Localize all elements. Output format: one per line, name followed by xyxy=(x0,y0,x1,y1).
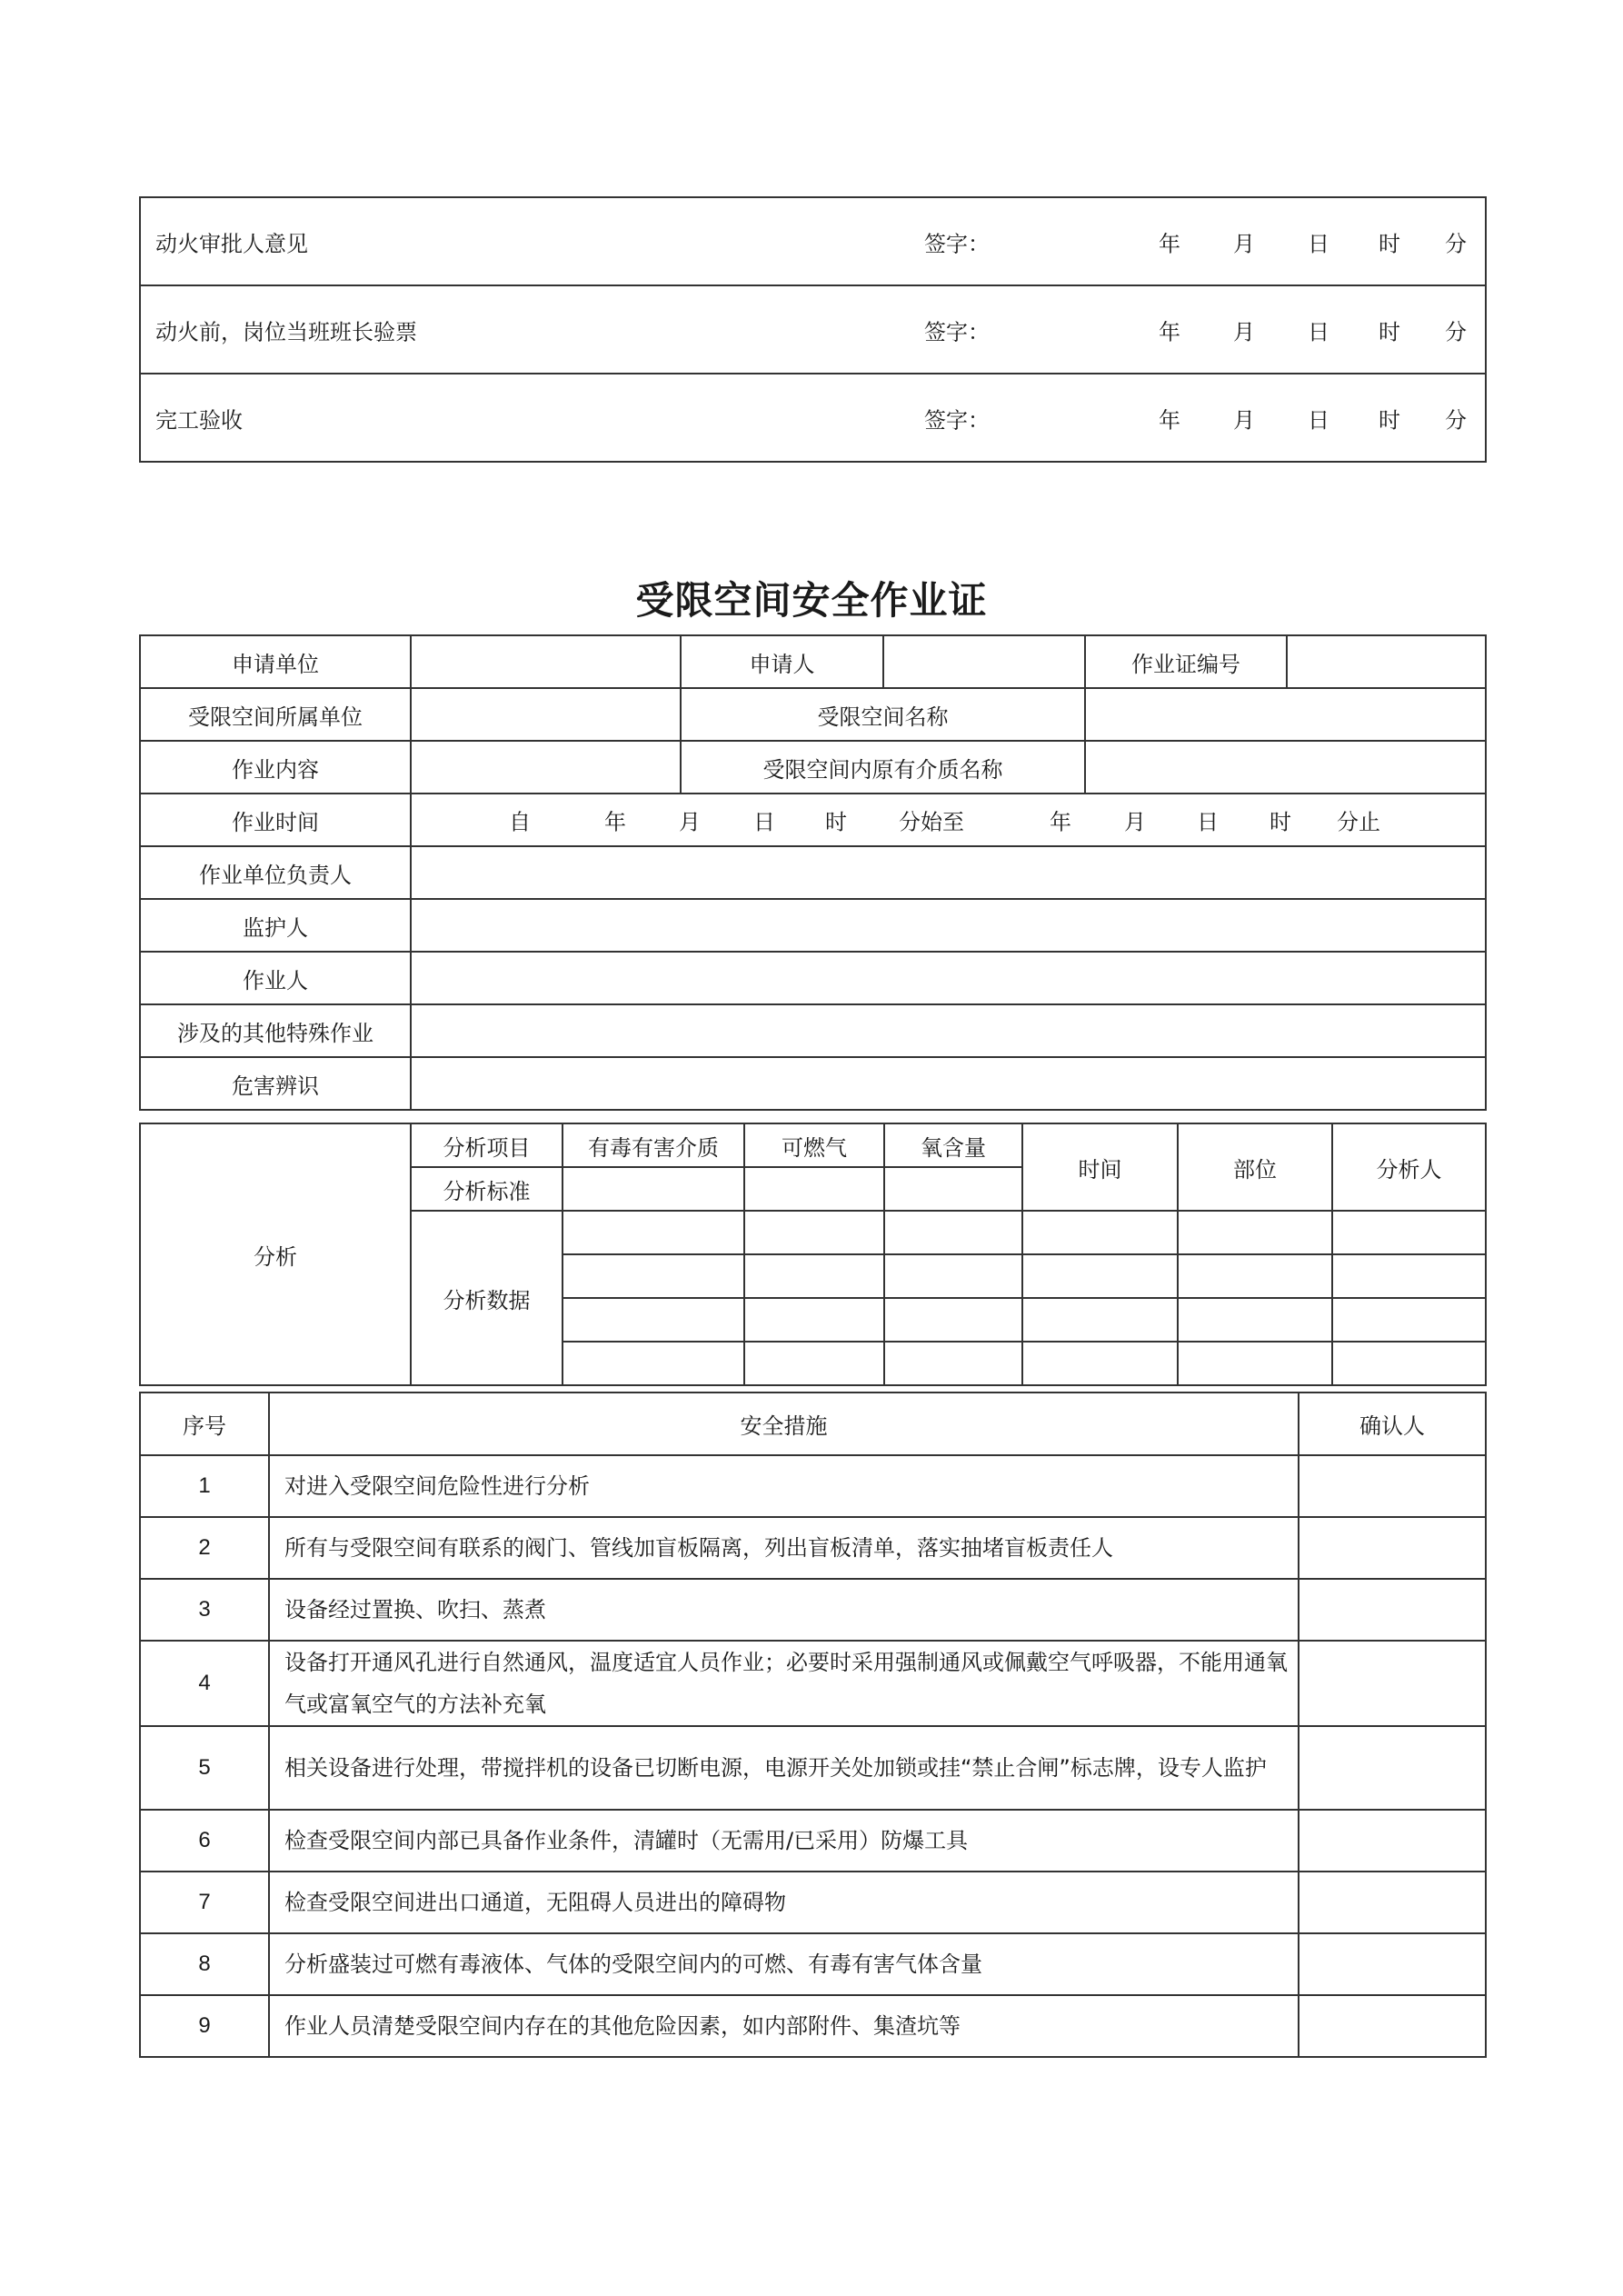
time-month-end: 月 xyxy=(1124,804,1146,836)
measure-row: 8 分析盛装过可燃有毒液体、气体的受限空间内的可燃、有毒有害气体含量 xyxy=(140,1933,1486,1995)
measure-seq: 6 xyxy=(140,1810,269,1872)
measure-text: 设备经过置换、吹扫、蒸煮 xyxy=(269,1579,1299,1641)
combustible-gas-header: 可燃气 xyxy=(744,1123,884,1167)
permit-row-worker: 作业人 xyxy=(140,952,1486,1004)
month-label: 月 xyxy=(1233,402,1255,434)
measure-text: 作业人员清楚受限空间内存在的其他危险因素，如内部附件、集渣坑等 xyxy=(269,1995,1299,2057)
minute-label: 分 xyxy=(1445,314,1467,345)
time-year-start: 年 xyxy=(604,804,626,836)
minute-label: 分 xyxy=(1445,402,1467,434)
permit-row-hazard: 危害辨识 xyxy=(140,1057,1486,1110)
day-label: 日 xyxy=(1308,314,1329,345)
oxygen-content-header: 氧含量 xyxy=(884,1123,1022,1167)
minute-label: 分 xyxy=(1445,225,1467,257)
measure-row: 3 设备经过置换、吹扫、蒸煮 xyxy=(140,1579,1486,1641)
permit-no-label: 作业证编号 xyxy=(1085,635,1287,688)
year-label: 年 xyxy=(1159,225,1180,257)
data-cell[interactable] xyxy=(1332,1254,1486,1298)
signature-label: 签字： xyxy=(924,225,990,257)
confirmer-field[interactable] xyxy=(1299,1933,1486,1995)
measure-row: 4 设备打开通风孔进行自然通风，温度适宜人员作业；必要时采用强制通风或佩戴空气呼… xyxy=(140,1641,1486,1726)
measure-seq: 5 xyxy=(140,1726,269,1810)
measure-row: 5 相关设备进行处理，带搅拌机的设备已切断电源，电源开关处加锁或挂“禁止合闸”标… xyxy=(140,1726,1486,1810)
measure-seq: 8 xyxy=(140,1933,269,1995)
confirmer-field[interactable] xyxy=(1299,1995,1486,2057)
medium-label: 受限空间内原有介质名称 xyxy=(681,741,1085,794)
data-cell[interactable] xyxy=(1178,1298,1332,1342)
analysis-data-label: 分析数据 xyxy=(411,1211,563,1385)
permit-row-supervisor-unit: 作业单位负责人 xyxy=(140,846,1486,899)
hazard-label: 危害辨识 xyxy=(140,1057,411,1110)
data-cell[interactable] xyxy=(1022,1298,1178,1342)
measure-text: 检查受限空间进出口通道，无阻碍人员进出的障碍物 xyxy=(269,1872,1299,1933)
signoff-label: 完工验收 xyxy=(155,402,243,434)
standard-toxic-field[interactable] xyxy=(563,1167,744,1211)
guardian-field[interactable] xyxy=(411,899,1486,952)
measure-text: 所有与受限空间有联系的阀门、管线加盲板隔离，列出盲板清单，落实抽堵盲板责任人 xyxy=(269,1517,1299,1579)
measure-header: 安全措施 xyxy=(269,1393,1299,1455)
signoff-row-approver: 动火审批人意见 签字： 年 月 日 时 分 xyxy=(140,197,1486,285)
data-cell[interactable] xyxy=(884,1298,1022,1342)
analyst-header: 分析人 xyxy=(1332,1123,1486,1211)
space-name-field[interactable] xyxy=(1085,688,1486,741)
data-cell[interactable] xyxy=(563,1342,744,1385)
permit-no-field[interactable] xyxy=(1287,635,1486,688)
measure-text: 相关设备进行处理，带搅拌机的设备已切断电源，电源开关处加锁或挂“禁止合闸”标志牌… xyxy=(269,1726,1299,1810)
space-name-label: 受限空间名称 xyxy=(681,688,1085,741)
other-work-field[interactable] xyxy=(411,1004,1486,1057)
permit-row-applicant: 申请单位 申请人 作业证编号 xyxy=(140,635,1486,688)
permit-row-other-work: 涉及的其他特殊作业 xyxy=(140,1004,1486,1057)
hour-label: 时 xyxy=(1379,402,1400,434)
time-day-end: 日 xyxy=(1197,804,1219,836)
analysis-time-header: 时间 xyxy=(1022,1123,1178,1211)
data-cell[interactable] xyxy=(1022,1211,1178,1254)
data-cell[interactable] xyxy=(1332,1211,1486,1254)
other-work-label: 涉及的其他特殊作业 xyxy=(140,1004,411,1057)
measure-text: 分析盛装过可燃有毒液体、气体的受限空间内的可燃、有毒有害气体含量 xyxy=(269,1933,1299,1995)
confirmer-field[interactable] xyxy=(1299,1810,1486,1872)
data-cell[interactable] xyxy=(1178,1211,1332,1254)
document-page: 动火审批人意见 签字： 年 月 日 时 分 动火前，岗位当班班长验票 签字： 年… xyxy=(0,0,1623,2296)
analysis-row-items: 分析 分析项目 有毒有害介质 可燃气 氧含量 时间 部位 分析人 xyxy=(140,1123,1486,1167)
signoff-row-shift-leader: 动火前，岗位当班班长验票 签字： 年 月 日 时 分 xyxy=(140,285,1486,374)
time-hour-end: 时 xyxy=(1270,804,1291,836)
analysis-table: 分析 分析项目 有毒有害介质 可燃气 氧含量 时间 部位 分析人 分析标准 分析… xyxy=(139,1123,1487,1386)
confirmer-field[interactable] xyxy=(1299,1872,1486,1933)
space-owner-label: 受限空间所属单位 xyxy=(140,688,411,741)
data-cell[interactable] xyxy=(744,1298,884,1342)
standard-combustible-field[interactable] xyxy=(744,1167,884,1211)
measure-row: 1 对进入受限空间危险性进行分析 xyxy=(140,1455,1486,1517)
work-time-field[interactable]: 自 年 月 日 时 分始至 年 月 日 时 分止 xyxy=(411,794,1486,846)
measure-seq: 4 xyxy=(140,1641,269,1726)
signoff-label: 动火前，岗位当班班长验票 xyxy=(155,314,417,345)
year-label: 年 xyxy=(1159,314,1180,345)
medium-field[interactable] xyxy=(1085,741,1486,794)
measure-seq: 1 xyxy=(140,1455,269,1517)
worker-field[interactable] xyxy=(411,952,1486,1004)
time-minute-start: 分始至 xyxy=(899,804,964,836)
analysis-section-label: 分析 xyxy=(140,1123,411,1385)
measure-seq: 3 xyxy=(140,1579,269,1641)
measure-seq: 9 xyxy=(140,1995,269,2057)
confirmer-field[interactable] xyxy=(1299,1517,1486,1579)
time-minute-end: 分止 xyxy=(1337,804,1380,836)
analysis-location-header: 部位 xyxy=(1178,1123,1332,1211)
data-cell[interactable] xyxy=(884,1211,1022,1254)
data-cell[interactable] xyxy=(884,1254,1022,1298)
unit-leader-field[interactable] xyxy=(411,846,1486,899)
confirmer-field[interactable] xyxy=(1299,1726,1486,1810)
year-label: 年 xyxy=(1159,402,1180,434)
measure-text: 对进入受限空间危险性进行分析 xyxy=(269,1455,1299,1517)
month-label: 月 xyxy=(1233,225,1255,257)
measure-row: 9 作业人员清楚受限空间内存在的其他危险因素，如内部附件、集渣坑等 xyxy=(140,1995,1486,2057)
data-cell[interactable] xyxy=(1178,1342,1332,1385)
data-cell[interactable] xyxy=(1022,1342,1178,1385)
signoff-row-completion: 完工验收 签字： 年 月 日 时 分 xyxy=(140,374,1486,462)
applicant-field[interactable] xyxy=(883,635,1085,688)
confirmer-header: 确认人 xyxy=(1299,1393,1486,1455)
measures-header-row: 序号 安全措施 确认人 xyxy=(140,1393,1486,1455)
data-cell[interactable] xyxy=(563,1298,744,1342)
work-content-label: 作业内容 xyxy=(140,741,411,794)
permit-row-space: 受限空间所属单位 受限空间名称 xyxy=(140,688,1486,741)
measure-seq: 2 xyxy=(140,1517,269,1579)
page-title: 受限空间安全作业证 xyxy=(0,571,1623,625)
confirmer-field[interactable] xyxy=(1299,1641,1486,1726)
data-cell[interactable] xyxy=(563,1254,744,1298)
time-year-end: 年 xyxy=(1050,804,1071,836)
work-content-field[interactable] xyxy=(411,741,681,794)
hazard-field[interactable] xyxy=(411,1057,1486,1110)
permit-row-time: 作业时间 自 年 月 日 时 分始至 年 月 日 时 分止 xyxy=(140,794,1486,846)
measure-text: 设备打开通风孔进行自然通风，温度适宜人员作业；必要时采用强制通风或佩戴空气呼吸器… xyxy=(269,1641,1299,1726)
hour-label: 时 xyxy=(1379,314,1400,345)
time-hour-start: 时 xyxy=(825,804,847,836)
space-owner-field[interactable] xyxy=(411,688,681,741)
measure-seq: 7 xyxy=(140,1872,269,1933)
applicant-unit-field[interactable] xyxy=(411,635,681,688)
unit-leader-label: 作业单位负责人 xyxy=(140,846,411,899)
day-label: 日 xyxy=(1308,225,1329,257)
applicant-label: 申请人 xyxy=(681,635,883,688)
data-cell[interactable] xyxy=(1332,1298,1486,1342)
confirmer-field[interactable] xyxy=(1299,1579,1486,1641)
time-day-start: 日 xyxy=(753,804,775,836)
analysis-item-label: 分析项目 xyxy=(411,1123,563,1167)
standard-oxygen-field[interactable] xyxy=(884,1167,1022,1211)
month-label: 月 xyxy=(1233,314,1255,345)
data-cell[interactable] xyxy=(744,1254,884,1298)
data-cell[interactable] xyxy=(1022,1254,1178,1298)
guardian-label: 监护人 xyxy=(140,899,411,952)
worker-label: 作业人 xyxy=(140,952,411,1004)
signoff-label: 动火审批人意见 xyxy=(155,225,308,257)
data-cell[interactable] xyxy=(884,1342,1022,1385)
work-time-label: 作业时间 xyxy=(140,794,411,846)
data-cell[interactable] xyxy=(563,1211,744,1254)
permit-info-table: 申请单位 申请人 作业证编号 受限空间所属单位 受限空间名称 作业内容 受限空间… xyxy=(139,634,1487,1111)
seq-header: 序号 xyxy=(140,1393,269,1455)
permit-row-content: 作业内容 受限空间内原有介质名称 xyxy=(140,741,1486,794)
data-cell[interactable] xyxy=(1178,1254,1332,1298)
hour-label: 时 xyxy=(1379,225,1400,257)
time-month-start: 月 xyxy=(679,804,701,836)
permit-row-guardian: 监护人 xyxy=(140,899,1486,952)
measure-row: 2 所有与受限空间有联系的阀门、管线加盲板隔离，列出盲板清单，落实抽堵盲板责任人 xyxy=(140,1517,1486,1579)
safety-measures-table: 序号 安全措施 确认人 1 对进入受限空间危险性进行分析 2 所有与受限空间有联… xyxy=(139,1392,1487,2058)
measure-row: 6 检查受限空间内部已具备作业条件，清罐时（无需用/已采用）防爆工具 xyxy=(140,1810,1486,1872)
time-from-label: 自 xyxy=(509,804,531,836)
signature-label: 签字： xyxy=(924,402,990,434)
signature-label: 签字： xyxy=(924,314,990,345)
measure-text: 检查受限空间内部已具备作业条件，清罐时（无需用/已采用）防爆工具 xyxy=(269,1810,1299,1872)
toxic-medium-header: 有毒有害介质 xyxy=(563,1123,744,1167)
measure-row: 7 检查受限空间进出口通道，无阻碍人员进出的障碍物 xyxy=(140,1872,1486,1933)
confirmer-field[interactable] xyxy=(1299,1455,1486,1517)
data-cell[interactable] xyxy=(744,1342,884,1385)
applicant-unit-label: 申请单位 xyxy=(140,635,411,688)
data-cell[interactable] xyxy=(744,1211,884,1254)
day-label: 日 xyxy=(1308,402,1329,434)
analysis-standard-label: 分析标准 xyxy=(411,1167,563,1211)
signoff-table: 动火审批人意见 签字： 年 月 日 时 分 动火前，岗位当班班长验票 签字： 年… xyxy=(139,196,1487,463)
data-cell[interactable] xyxy=(1332,1342,1486,1385)
